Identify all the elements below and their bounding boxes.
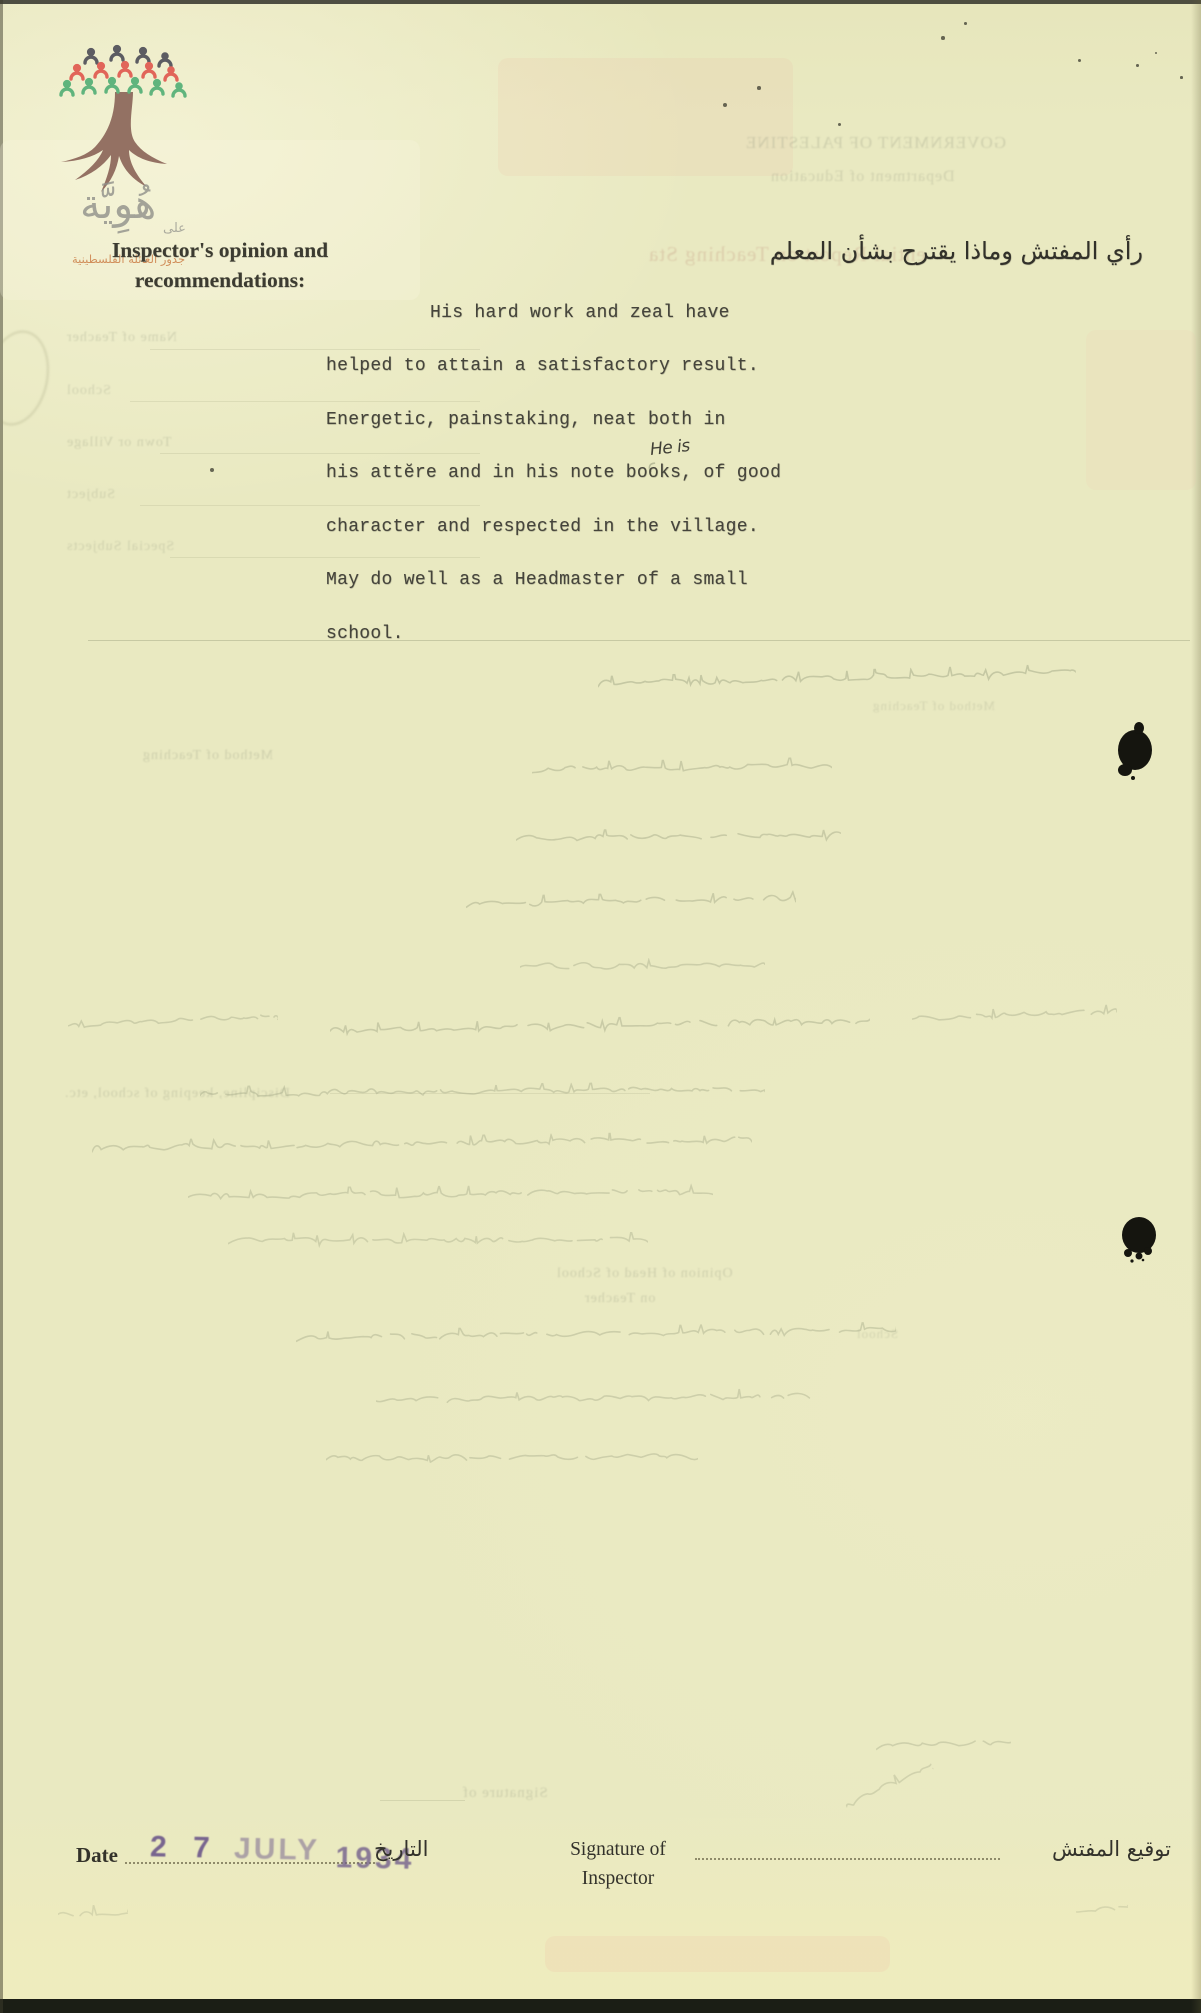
- paper-speck: [838, 123, 841, 126]
- paper-speck: [723, 103, 727, 107]
- paper-speck: [1136, 64, 1139, 67]
- paper-speck: [1180, 76, 1183, 79]
- ink-blot: [1113, 720, 1159, 782]
- paper-speck: [757, 86, 761, 90]
- paper-speck: [964, 22, 967, 25]
- paper-speck: [1078, 59, 1081, 62]
- paper-speck: [210, 468, 214, 472]
- ink-marks-layer: [0, 0, 1201, 2013]
- paper-speck: [1155, 52, 1157, 54]
- scanned-inspection-report-page: GOVERNMENT OF PALESTINEDepartment of Edu…: [0, 0, 1201, 2013]
- ink-blot: [1118, 1213, 1164, 1275]
- paper-speck: [941, 36, 945, 40]
